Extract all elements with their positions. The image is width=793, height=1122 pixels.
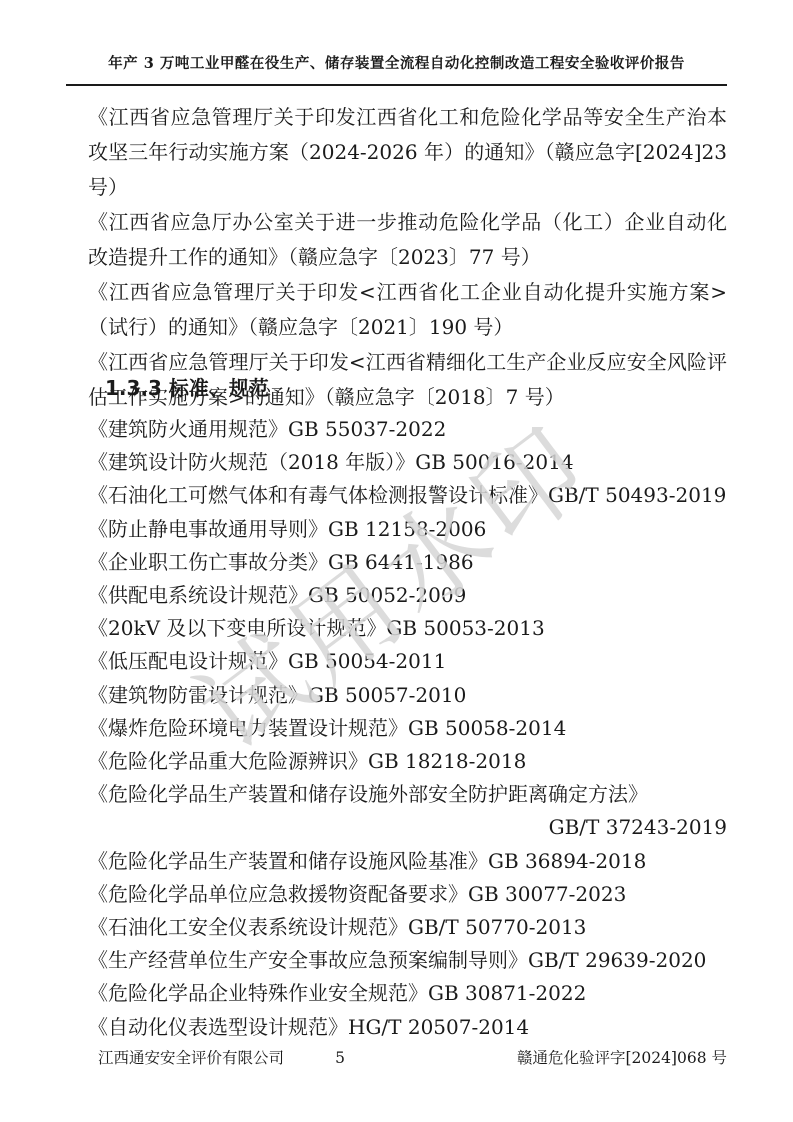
standard-item: 《石油化工安全仪表系统设计规范》GB/T 50770-2013 [88, 911, 727, 944]
notice-paragraphs: 《江西省应急管理厅关于印发江西省化工和危险化学品等安全生产治本攻坚三年行动实施方… [88, 100, 727, 415]
standard-item: 《建筑物防雷设计规范》GB 50057-2010 [88, 679, 727, 712]
standard-item: 《石油化工可燃气体和有毒气体检测报警设计标准》GB/T 50493-2019 [88, 479, 727, 512]
notice-paragraph: 《江西省应急管理厅关于印发江西省化工和危险化学品等安全生产治本攻坚三年行动实施方… [88, 100, 727, 205]
standard-code-right: GB/T 37243-2019 [88, 811, 727, 844]
footer-company: 江西通安安全评价有限公司 [98, 1045, 284, 1071]
standard-item: 《危险化学品单位应急救援物资配备要求》GB 30077-2023 [88, 878, 727, 911]
standard-item: 《生产经营单位生产安全事故应急预案编制导则》GB/T 29639-2020 [88, 944, 727, 977]
document-page: 年产 3 万吨工业甲醛在役生产、储存装置全流程自动化控制改造工程安全验收评价报告… [0, 0, 793, 1122]
standard-item: 《防止静电事故通用导则》GB 12158-2006 [88, 513, 727, 546]
standard-item: 《危险化学品生产装置和储存设施风险基准》GB 36894-2018 [88, 845, 727, 878]
standard-item: 《危险化学品重大危险源辨识》GB 18218-2018 [88, 745, 727, 778]
standard-item: 《20kV 及以下变电所设计规范》GB 50053-2013 [88, 612, 727, 645]
notice-paragraph: 《江西省应急管理厅关于印发<江西省化工企业自动化提升实施方案>（试行）的通知》（… [88, 275, 727, 345]
standard-item: 《自动化仪表选型设计规范》HG/T 20507-2014 [88, 1011, 727, 1044]
notice-paragraph: 《江西省应急厅办公室关于进一步推动危险化学品（化工）企业自动化改造提升工作的通知… [88, 205, 727, 275]
standard-item: 《爆炸危险环境电力装置设计规范》GB 50058-2014 [88, 712, 727, 745]
page-footer: 江西通安安全评价有限公司 5 赣通危化验评字[2024]068 号 [0, 1045, 793, 1071]
footer-page-number: 5 [330, 1045, 350, 1071]
standard-item: 《建筑设计防火规范（2018 年版）》GB 50016-2014 [88, 446, 727, 479]
section-heading: 1.3.3 标准、规范 [88, 372, 727, 405]
standard-item: 《建筑防火通用规范》GB 55037-2022 [88, 413, 727, 446]
standard-item: 《危险化学品企业特殊作业安全规范》GB 30871-2022 [88, 977, 727, 1010]
footer-doc-number: 赣通危化验评字[2024]068 号 [517, 1045, 727, 1071]
standard-item: 《企业职工伤亡事故分类》GB 6441-1986 [88, 546, 727, 579]
report-header-title: 年产 3 万吨工业甲醛在役生产、储存装置全流程自动化控制改造工程安全验收评价报告 [66, 53, 727, 75]
standards-list: 《建筑防火通用规范》GB 55037-2022《建筑设计防火规范（2018 年版… [88, 413, 727, 1044]
standard-item: 《危险化学品生产装置和储存设施外部安全防护距离确定方法》 [88, 778, 727, 811]
standard-item: 《供配电系统设计规范》GB 50052-2009 [88, 579, 727, 612]
header-rule [66, 84, 727, 86]
standard-item: 《低压配电设计规范》GB 50054-2011 [88, 645, 727, 678]
